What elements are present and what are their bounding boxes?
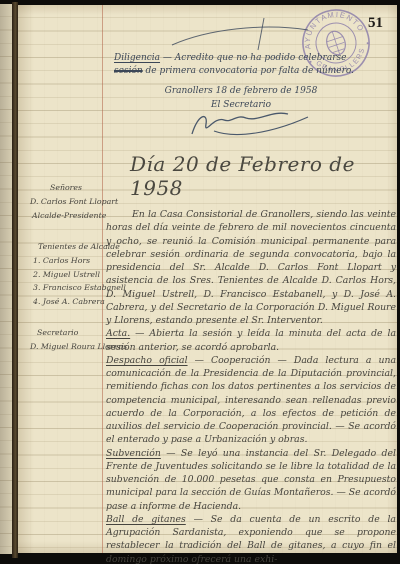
minutes-page: 51 AYUNTAMIENTO GRANOLLERS Diligencia	[18, 5, 397, 553]
margin-line: D. Carlos Font Llopart	[30, 195, 108, 209]
margin-line: Señores	[30, 181, 108, 195]
minutes-paragraph: Acta. — Abierta la sesión y leída la min…	[106, 327, 396, 354]
margin-line: Tenientes de Alcalde	[30, 240, 108, 254]
minutes-paragraphs: En la Casa Consistorial de Granollers, s…	[106, 208, 396, 564]
scanned-minutes-photo: 51 AYUNTAMIENTO GRANOLLERS Diligencia	[0, 0, 400, 564]
margin-line: Secretario	[30, 326, 108, 340]
margin-attendees: SeñoresD. Carlos Font LlopartAlcalde-Pre…	[30, 181, 108, 354]
diligencia-text-after: de primera convocatoria por falta de núm…	[146, 66, 354, 76]
entry-heading: Día 20 de Febrero de 1958	[130, 152, 400, 200]
margin-line: 2. Miguel Ustrell	[30, 268, 108, 282]
paragraph-label: Acta.	[106, 328, 130, 339]
margin-line: 4. José A. Cabrera	[30, 295, 108, 309]
diligencia-dash: —	[163, 53, 172, 63]
paragraph-label: Subvención	[106, 448, 161, 459]
minutes-paragraph: Ball de gitanes — Se da cuenta de un esc…	[106, 513, 396, 564]
diligencia-struck-word: sesión	[114, 66, 143, 76]
minutes-paragraph: En la Casa Consistorial de Granollers, s…	[106, 208, 396, 327]
margin-line: D. Miguel Roura Llorens	[30, 340, 108, 354]
margin-line: 1. Carlos Hors	[30, 254, 108, 268]
margin-line: Alcalde-Presidente	[30, 209, 108, 223]
pen-flourish	[168, 17, 313, 51]
paragraph-label: Ball de gitanes	[106, 514, 186, 525]
minutes-paragraph: Subvención — Se leyó una instancia del S…	[106, 447, 396, 513]
diligencia-text-before: Acredito que no ha podido celebrarse	[175, 53, 347, 63]
secretary-signature	[186, 104, 316, 144]
minutes-paragraph: Despacho oficial — Cooperación — Dada le…	[106, 354, 396, 447]
previous-page-edge	[0, 4, 12, 554]
diligencia-note: Diligencia — Acredito que no ha podido c…	[114, 52, 376, 78]
diligencia-dateline: Granollers 18 de febrero de 1958	[146, 86, 336, 96]
diligencia-label: Diligencia	[114, 53, 160, 63]
margin-line: 3. Francisco Estabanell	[30, 281, 108, 295]
paragraph-label: Despacho oficial	[106, 355, 188, 366]
